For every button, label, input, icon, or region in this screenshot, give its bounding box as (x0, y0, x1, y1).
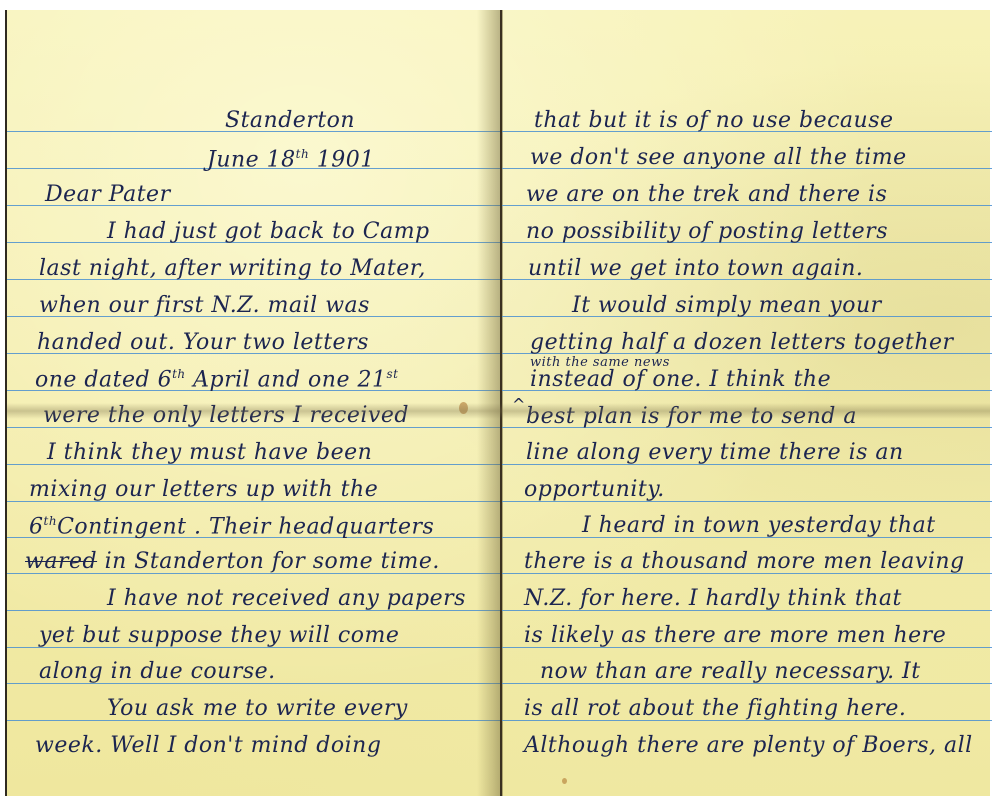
letter-line: handed out. Your two letters (37, 332, 369, 354)
letter-line: is likely as there are more men here (524, 625, 946, 647)
letter-line-dated: one dated 6th April and one 21st (35, 368, 398, 391)
insertion-caret: ^ (512, 395, 525, 414)
letter-line: we don't see anyone all the time (530, 147, 907, 169)
stain (459, 402, 468, 414)
sixth-sup: th (44, 514, 58, 528)
letter-line: is all rot about the fighting here. (524, 698, 906, 720)
letter-date: June 18th 1901 (207, 148, 375, 171)
contingent-text: Contingent . Their headquarters (57, 514, 434, 539)
letter-line: It would simply mean your (572, 295, 882, 317)
letter-line: week. Well I don't mind doing (35, 735, 381, 757)
letter-line: were the only letters I received (43, 405, 409, 427)
letter-line: instead of one. I think the (530, 369, 831, 391)
letter-line: best plan is for me to send a (526, 406, 857, 428)
letter-line: no possibility of posting letters (526, 221, 888, 243)
letter-line: now than are really necessary. It (540, 661, 921, 683)
letter-line: I had just got back to Camp (107, 221, 430, 243)
date-day: June 18 (207, 147, 296, 172)
dated-part2: April and one 21 (186, 367, 387, 392)
letter-line: getting half a dozen letters together (530, 332, 954, 354)
letter-line: last night, after writing to Mater, (39, 258, 426, 280)
letter-line-standerton: wared in Standerton for some time. (25, 551, 440, 573)
letter-line: yet but suppose they will come (39, 625, 399, 647)
letter-line: I heard in town yesterday that (582, 515, 936, 537)
date-suffix: th (296, 147, 310, 161)
dated-sup1: th (172, 367, 186, 381)
letter-line: when our first N.Z. mail was (39, 295, 370, 317)
letter-line: there is a thousand more men leaving (524, 551, 965, 573)
letter-line: I think they must have been (47, 442, 372, 464)
dated-sup2: st (386, 367, 398, 381)
letter-place: Standerton (225, 110, 355, 132)
dated-part1: one dated 6 (35, 367, 172, 392)
letter-line: opportunity. (524, 479, 665, 501)
letter-line: I have not received any papers (107, 588, 466, 610)
letter-line: along in due course. (39, 661, 276, 683)
right-page: that but it is of no use because we don'… (500, 10, 992, 796)
letter-line: we are on the trek and there is (526, 184, 887, 206)
letter-line-contingent: 6thContingent . Their headquarters (29, 515, 434, 538)
left-page: Standerton June 18th 1901 Dear Pater I h… (7, 10, 500, 796)
salutation: Dear Pater (45, 184, 171, 206)
standerton-text: in Standerton for some time. (105, 549, 440, 574)
letter-line: Although there are plenty of Boers, all (524, 735, 973, 757)
letter-sheet: Standerton June 18th 1901 Dear Pater I h… (5, 10, 990, 796)
stain (562, 778, 567, 784)
struck-word: wared (25, 549, 97, 574)
letter-line: N.Z. for here. I hardly think that (524, 588, 902, 610)
letter-line: until we get into town again. (528, 258, 863, 280)
letter-line: line along every time there is an (526, 442, 904, 464)
letter-line: that but it is of no use because (534, 110, 894, 132)
sixth-number: 6 (29, 514, 44, 539)
date-year: 1901 (317, 147, 375, 172)
letter-line: You ask me to write every (107, 698, 408, 720)
letter-line: mixing our letters up with the (29, 479, 378, 501)
